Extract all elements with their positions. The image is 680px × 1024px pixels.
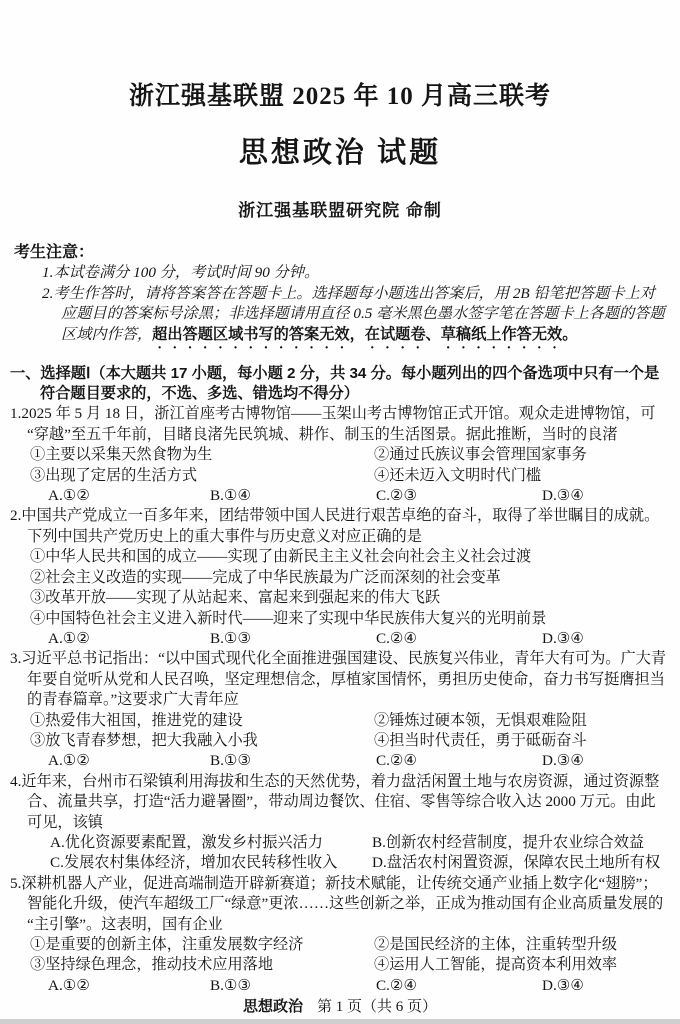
question-5-option-3: ③坚持绿色理念，推动技术应用落地 [30, 955, 374, 975]
question-2-text: 中国共产党成立一百多年来，团结带领中国人民进行艰苦卓绝的奋斗，取得了举世瞩目的成… [21, 507, 659, 544]
question-1-stem: 1.2025 年 5 月 18 日，浙江首座考古博物馆——玉架山考古博物馆正式开… [10, 404, 668, 445]
question-4-stem: 4.近年来，台州市石梁镇利用海拔和生态的天然优势，着力盘活闲置土地与农房资源，通… [10, 772, 668, 833]
question-3-option-4: ④担当时代责任，勇于砥砺奋斗 [374, 731, 668, 751]
question-2-choice-b: B.①③ [210, 629, 376, 649]
question-3-choice-d: D.③④ [542, 751, 668, 771]
page-footer: 思想政治第 1 页（共 6 页） [0, 997, 680, 1017]
question-2-option-2: ②社会主义改造的实现——完成了中华民族最为广泛而深刻的社会变革 [10, 568, 668, 588]
question-3-option-2: ②锤炼过硬本领，无惧艰难险阻 [374, 711, 668, 731]
question-3-number: 3. [10, 650, 21, 667]
question-4-choice-a: A.优化资源要素配置，激发乡村振兴活力 [50, 833, 372, 853]
question-2-option-3: ③改革开放——实现了从站起来、富起来到强起来的伟大飞跃 [10, 588, 668, 608]
exam-paper-page: 浙江强基联盟 2025 年 10 月高三联考 思想政治 试题 浙江强基联盟研究院… [0, 0, 680, 1024]
question-2-number: 2. [10, 507, 21, 524]
subject-title: 思想政治 试题 [0, 136, 680, 170]
question-5-number: 5. [10, 875, 21, 892]
question-5-choices: A.①② B.①③ C.②④ D.③④ [10, 976, 668, 996]
question-4-choice-d: D.盘活农村闲置资源，保障农民土地所有权 [372, 853, 668, 873]
exam-title: 浙江强基联盟 2025 年 10 月高三联考 [0, 0, 680, 112]
question-1-choices: A.①② B.①④ C.②③ D.③④ [10, 486, 668, 506]
question-5-choice-b: B.①③ [210, 976, 376, 996]
question-2-option-4: ④中国特色社会主义进入新时代——迎来了实现中华民族伟大复兴的光明前景 [10, 609, 668, 629]
question-5-option-4: ④运用人工智能，提高资本利用效率 [374, 955, 668, 975]
question-5: 5.深耕机器人产业，促进高端制造开辟新赛道；新技术赋能，让传统交通产业插上数字化… [10, 874, 668, 996]
footer-subject: 思想政治 [243, 998, 303, 1015]
question-5-text: 深耕机器人产业，促进高端制造开辟新赛道；新技术赋能，让传统交通产业插上数字化“翅… [21, 875, 663, 933]
scan-edge-strip [0, 1019, 680, 1024]
question-2-choice-c: C.②④ [376, 629, 542, 649]
question-5-option-2: ②是国民经济的主体，注重转型升级 [374, 935, 668, 955]
question-1-options-row-2: ③出现了定居的生活方式 ④还未迈入文明时代门槛 [10, 466, 668, 486]
question-1-choice-d: D.③④ [542, 486, 668, 506]
question-1-option-4: ④还未迈入文明时代门槛 [374, 466, 668, 486]
candidate-notice: 考生注意： 1.本试卷满分 100 分，考试时间 90 分钟。 2.考生作答时，… [0, 243, 680, 352]
question-1-choice-b: B.①④ [210, 486, 376, 506]
question-5-option-1: ①是重要的创新主体，注重发展数字经济 [30, 935, 374, 955]
question-5-options-row-1: ①是重要的创新主体，注重发展数字经济 ②是国民经济的主体，注重转型升级 [10, 935, 668, 955]
question-3-choice-a: A.①② [48, 751, 210, 771]
question-1-option-1: ①主要以采集天然食物为生 [30, 445, 374, 465]
question-2-choices: A.①② B.①③ C.②④ D.③④ [10, 629, 668, 649]
question-4-choices-row-2: C.发展农村集体经济，增加农民转移性收入 D.盘活农村闲置资源，保障农民土地所有… [10, 853, 668, 873]
question-3-options-row-1: ①热爱伟大祖国，推进党的建设 ②锤炼过硬本领，无惧艰难险阻 [10, 711, 668, 731]
question-2-choice-d: D.③④ [542, 629, 668, 649]
question-2-option-1: ①中华人民共和国的成立——实现了由新民主主义社会向社会主义社会过渡 [10, 547, 668, 567]
notice-heading: 考生注意： [14, 243, 668, 263]
question-1: 1.2025 年 5 月 18 日，浙江首座考古博物馆——玉架山考古博物馆正式开… [10, 404, 668, 506]
question-1-choice-c: C.②③ [376, 486, 542, 506]
question-4-choice-b: B.创新农村经营制度，提升农业综合效益 [372, 833, 668, 853]
question-1-option-3: ③出现了定居的生活方式 [30, 466, 374, 486]
question-2-choice-a: A.①② [48, 629, 210, 649]
question-3-text: 习近平总书记指出：“以中国式现代化全面推进强国建设、民族复兴伟业，青年大有可为。… [21, 650, 666, 708]
question-1-choice-a: A.①② [48, 486, 210, 506]
question-2-stem: 2.中国共产党成立一百多年来，团结带领中国人民进行艰苦卓绝的奋斗，取得了举世瞩目… [10, 506, 668, 547]
question-4: 4.近年来，台州市石梁镇利用海拔和生态的天然优势，着力盘活闲置土地与农房资源，通… [10, 772, 668, 874]
question-3-stem: 3.习近平总书记指出：“以中国式现代化全面推进强国建设、民族复兴伟业，青年大有可… [10, 649, 668, 710]
question-3-choice-b: B.①③ [210, 751, 376, 771]
question-1-options-row-1: ①主要以采集天然食物为生 ②通过氏族议事会管理国家事务 [10, 445, 668, 465]
question-5-choice-c: C.②④ [376, 976, 542, 996]
question-3-choices: A.①② B.①③ C.②④ D.③④ [10, 751, 668, 771]
question-1-option-2: ②通过氏族议事会管理国家事务 [374, 445, 668, 465]
question-1-text: 2025 年 5 月 18 日，浙江首座考古博物馆——玉架山考古博物馆正式开馆。… [21, 405, 655, 442]
question-3-option-1: ①热爱伟大祖国，推进党的建设 [30, 711, 374, 731]
question-5-options-row-2: ③坚持绿色理念，推动技术应用落地 ④运用人工智能，提高资本利用效率 [10, 955, 668, 975]
question-4-choices-row-1: A.优化资源要素配置，激发乡村振兴活力 B.创新农村经营制度，提升农业综合效益 [10, 833, 668, 853]
section1-heading: 一、选择题Ⅰ（本大题共 17 小题，每小题 2 分，共 34 分。每小题列出的四… [10, 364, 668, 405]
notice-item-1: 1.本试卷满分 100 分，考试时间 90 分钟。 [42, 263, 668, 283]
question-5-choice-d: D.③④ [542, 976, 668, 996]
question-4-choice-c: C.发展农村集体经济，增加农民转移性收入 [50, 853, 372, 873]
question-3-choice-c: C.②④ [376, 751, 542, 771]
question-1-number: 1. [10, 405, 21, 422]
question-3: 3.习近平总书记指出：“以中国式现代化全面推进强国建设、民族复兴伟业，青年大有可… [10, 649, 668, 771]
footer-page-number: 第 1 页（共 6 页） [317, 999, 437, 1015]
question-3-option-3: ③放飞青春梦想，把大我融入小我 [30, 731, 374, 751]
exam-byline: 浙江强基联盟研究院 命制 [0, 201, 680, 221]
question-2: 2.中国共产党成立一百多年来，团结带领中国人民进行艰苦卓绝的奋斗，取得了举世瞩目… [10, 506, 668, 649]
exam-body: 一、选择题Ⅰ（本大题共 17 小题，每小题 2 分，共 34 分。每小题列出的四… [0, 364, 680, 997]
question-4-number: 4. [10, 773, 21, 790]
question-4-text: 近年来，台州市石梁镇利用海拔和生态的天然优势，着力盘活闲置土地与农房资源，通过资… [21, 773, 659, 831]
question-5-choice-a: A.①② [48, 976, 210, 996]
question-3-options-row-2: ③放飞青春梦想，把大我融入小我 ④担当时代责任，勇于砥砺奋斗 [10, 731, 668, 751]
notice-item-2-emphasis: 超出答题区域书写的答案无效，在试题卷、草稿纸上作答无效。 [152, 326, 577, 343]
question-5-stem: 5.深耕机器人产业，促进高端制造开辟新赛道；新技术赋能，让传统交通产业插上数字化… [10, 874, 668, 935]
notice-item-2: 2.考生作答时，请将答案答在答题卡上。选择题每小题选出答案后，用 2B 铅笔把答… [42, 284, 668, 352]
